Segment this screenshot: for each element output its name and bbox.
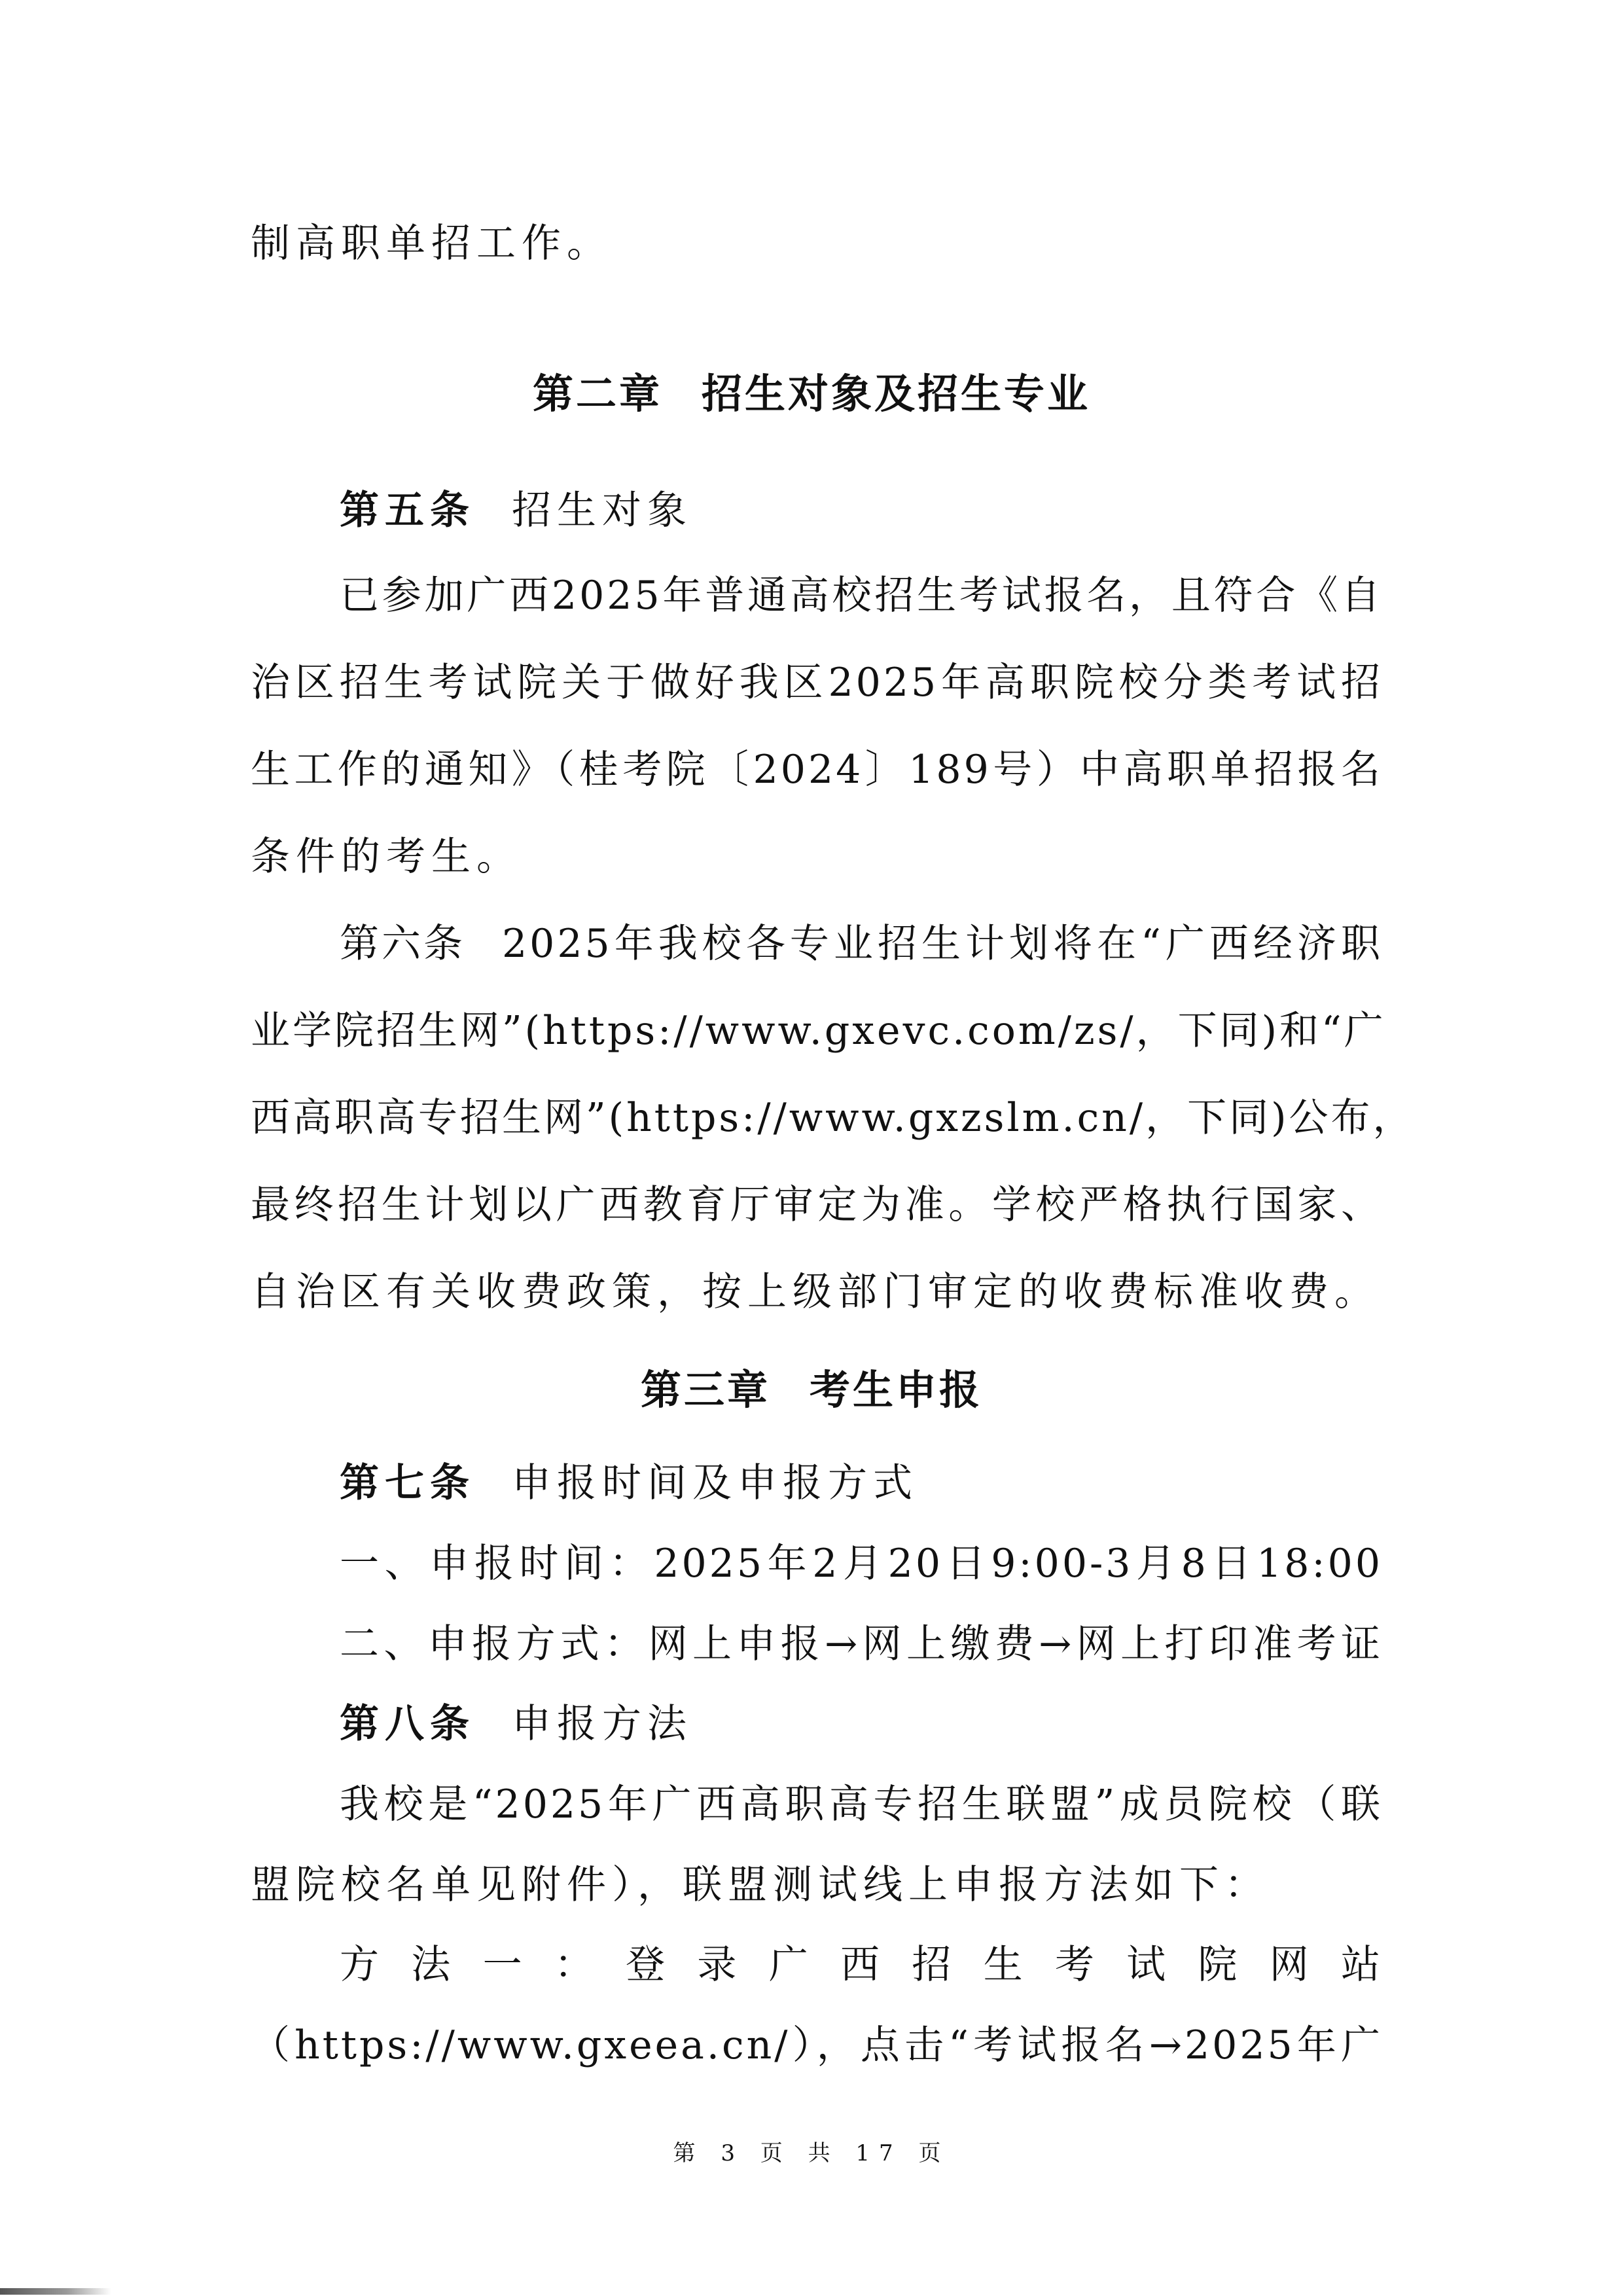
article-title: 招生对象 — [512, 488, 692, 533]
paragraph-line: 生工作的通知》（桂考院〔2024〕189号）中高职单招报名 — [251, 744, 1383, 796]
article-6-line: 第六条2025年我校各专业招生计划将在“广西经济职 — [340, 918, 1383, 970]
method-one-line: （https://www.gxeea.cn/），点击“考试报名→2025年广 — [251, 2019, 1383, 2072]
article-text: 2025年我校各专业招生计划将在“广西经济职 — [502, 921, 1383, 967]
chapter-title: 考生申报 — [810, 1366, 982, 1414]
paragraph-line: 盟院校名单见附件），联盟测试线上申报方法如下： — [251, 1859, 1383, 1911]
chapter-heading-2: 第二章招生对象及招生专业 — [0, 368, 1623, 420]
document-page: 制高职单招工作。 第二章招生对象及招生专业 第五条招生对象 已参加广西2025年… — [0, 0, 1623, 2296]
article-number: 第七条 — [340, 1457, 475, 1509]
page-number-footer: 第 3 页 共 17 页 — [0, 2135, 1623, 2167]
article-heading-8: 第八条申报方法 — [340, 1698, 1383, 1750]
scan-edge-artifact — [0, 2288, 111, 2295]
article-number: 第八条 — [340, 1698, 475, 1750]
paragraph-line: 已参加广西2025年普通高校招生考试报名，且符合《自 — [340, 569, 1383, 622]
faint-scan-stamp — [772, 111, 1034, 137]
paragraph-line: 业学院招生网”(https://www.gxevc.com/zs/，下同)和“广 — [251, 1005, 1383, 1057]
article-title: 申报时间及申报方式 — [512, 1460, 918, 1506]
chapter-number: 第二章 — [533, 370, 662, 418]
paragraph-line: 条件的考生。 — [251, 831, 1383, 883]
article-title: 申报方法 — [512, 1701, 692, 1747]
list-item-time: 一、申报时间：2025年2月20日9:00-3月8日18:00 — [340, 1537, 1383, 1590]
paragraph-line: 西高职高专招生网”(https://www.gxzslm.cn/，下同)公布， — [251, 1092, 1383, 1144]
paragraph-continuation: 制高职单招工作。 — [251, 217, 1383, 270]
method-one-line: 方法一：登录广西招生考试院网站 — [340, 1939, 1383, 1991]
article-number: 第六条 — [340, 918, 465, 970]
article-heading-5: 第五条招生对象 — [340, 484, 1383, 537]
paragraph-line: 我校是“2025年广西高职高专招生联盟”成员院校（联 — [340, 1778, 1383, 1831]
chapter-title: 招生对象及招生专业 — [702, 370, 1090, 418]
paragraph-line: 治区招生考试院关于做好我区2025年高职院校分类考试招 — [251, 656, 1383, 709]
list-item-method: 二、申报方式：网上申报→网上缴费→网上打印准考证 — [340, 1618, 1383, 1670]
chapter-heading-3: 第三章考生申报 — [0, 1364, 1623, 1416]
paragraph-line: 最终招生计划以广西教育厅审定为准。学校严格执行国家、 — [251, 1179, 1383, 1231]
paragraph-line: 自治区有关收费政策，按上级部门审定的收费标准收费。 — [251, 1266, 1383, 1318]
article-number: 第五条 — [340, 484, 475, 537]
chapter-number: 第三章 — [641, 1366, 770, 1414]
article-heading-7: 第七条申报时间及申报方式 — [340, 1457, 1383, 1509]
